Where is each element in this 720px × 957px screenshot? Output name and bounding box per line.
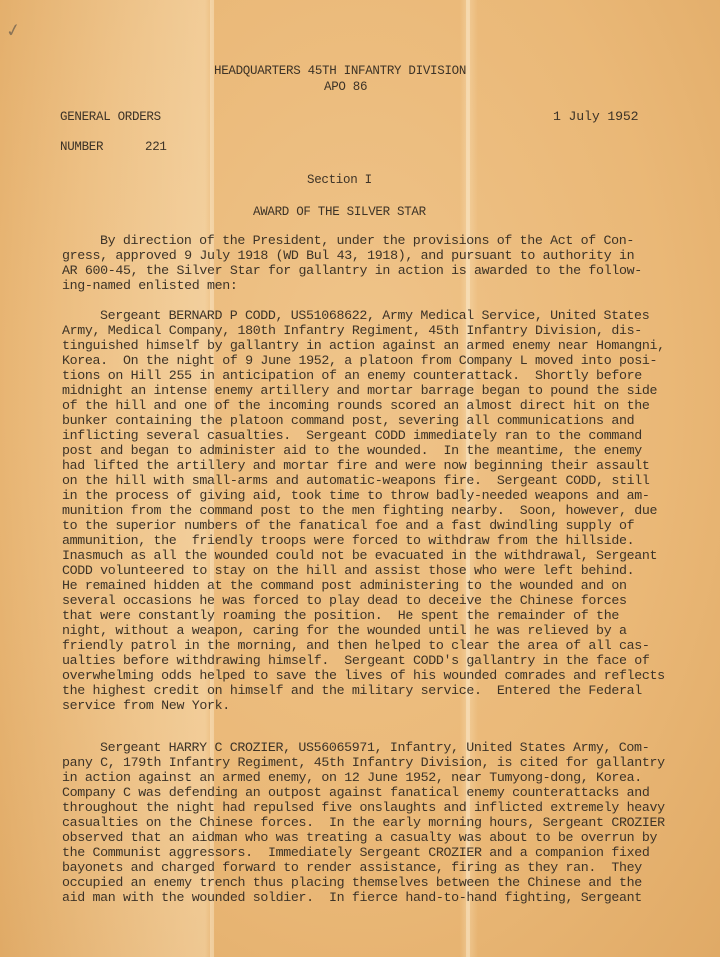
citation-1-line: in the process of giving aid, took time …	[62, 489, 649, 503]
header-title: HEADQUARTERS 45TH INFANTRY DIVISION	[214, 64, 466, 78]
citation-1-line: several occasions he was forced to play …	[62, 594, 627, 608]
citation-2-line: occupied an enemy trench thus placing th…	[62, 876, 642, 890]
citation-1-line: to the superior numbers of the fanatical…	[62, 519, 634, 533]
order-date: 1 July 1952	[553, 110, 638, 124]
citation-2-line: pany C, 179th Infantry Regiment, 45th In…	[62, 756, 665, 770]
check-mark-icon: ✓	[5, 21, 26, 42]
citation-1-line: ammunition, the friendly troops were for…	[62, 534, 634, 548]
citation-1-line: He remained hidden at the command post a…	[62, 579, 627, 593]
intro-line: ing-named enlisted men:	[62, 279, 237, 293]
citation-1-line: of the hill and one of the incoming roun…	[62, 399, 649, 413]
intro-line: gress, approved 9 July 1918 (WD Bul 43, …	[62, 249, 634, 263]
citation-2-line: throughout the night had repulsed five o…	[62, 801, 665, 815]
citation-2-line: observed that an aidman who was treating…	[62, 831, 657, 845]
citation-1-line: service from New York.	[62, 699, 230, 713]
general-orders-label: GENERAL ORDERS	[60, 110, 161, 124]
citation-1-line: had lifted the artillery and mortar fire…	[62, 459, 649, 473]
citation-1-line: ualties before withdrawing himself. Serg…	[62, 654, 649, 668]
citation-1-line: bunker containing the platoon command po…	[62, 414, 634, 428]
citation-2-line: Sergeant HARRY C CROZIER, US56065971, In…	[100, 741, 649, 755]
citation-2-line: bayonets and charged forward to render a…	[62, 861, 642, 875]
citation-1-line: overwhelming odds helped to save the liv…	[62, 669, 665, 683]
citation-1-line: Sergeant BERNARD P CODD, US51068622, Arm…	[100, 309, 649, 323]
intro-line: By direction of the President, under the…	[100, 234, 634, 248]
citation-2-line: aid man with the wounded soldier. In fie…	[62, 891, 642, 905]
citation-1-line: Korea. On the night of 9 June 1952, a pl…	[62, 354, 657, 368]
citation-1-line: night, without a weapon, caring for the …	[62, 624, 627, 638]
header-apo: APO 86	[324, 80, 367, 94]
citation-1-line: munition from the command post to the me…	[62, 504, 657, 518]
intro-line: AR 600-45, the Silver Star for gallantry…	[62, 264, 642, 278]
award-title: AWARD OF THE SILVER STAR	[253, 205, 426, 219]
citation-2-line: casualties on the Chinese forces. In the…	[62, 816, 665, 830]
citation-1-line: friendly patrol in the morning, and then…	[62, 639, 649, 653]
number-label: NUMBER	[60, 140, 103, 154]
order-number: 221	[145, 140, 167, 154]
citation-1-line: inflicting several casualties. Sergeant …	[62, 429, 642, 443]
citation-1-line: Army, Medical Company, 180th Infantry Re…	[62, 324, 642, 338]
citation-1-line: tinguished himself by gallantry in actio…	[62, 339, 665, 353]
document-page: ✓ HEADQUARTERS 45TH INFANTRY DIVISION AP…	[0, 0, 720, 957]
citation-1-line: on the hill with small-arms and automati…	[62, 474, 649, 488]
citation-1-line: Inasmuch as all the wounded could not be…	[62, 549, 657, 563]
citation-1-line: tions on Hill 255 in anticipation of an …	[62, 369, 642, 383]
citation-2-line: in action against an armed enemy, on 12 …	[62, 771, 642, 785]
citation-1-line: CODD volunteered to stay on the hill and…	[62, 564, 634, 578]
citation-1-line: that were constantly roaming the positio…	[62, 609, 619, 623]
citation-2-line: Company C was defending an outpost again…	[62, 786, 649, 800]
section-heading: Section I	[307, 173, 372, 187]
citation-2-line: the Communist aggressors. Immediately Se…	[62, 846, 649, 860]
citation-1-line: the highest credit on himself and the mi…	[62, 684, 642, 698]
citation-1-line: midnight an intense enemy artillery and …	[62, 384, 657, 398]
citation-1-line: post and began to administer aid to the …	[62, 444, 642, 458]
